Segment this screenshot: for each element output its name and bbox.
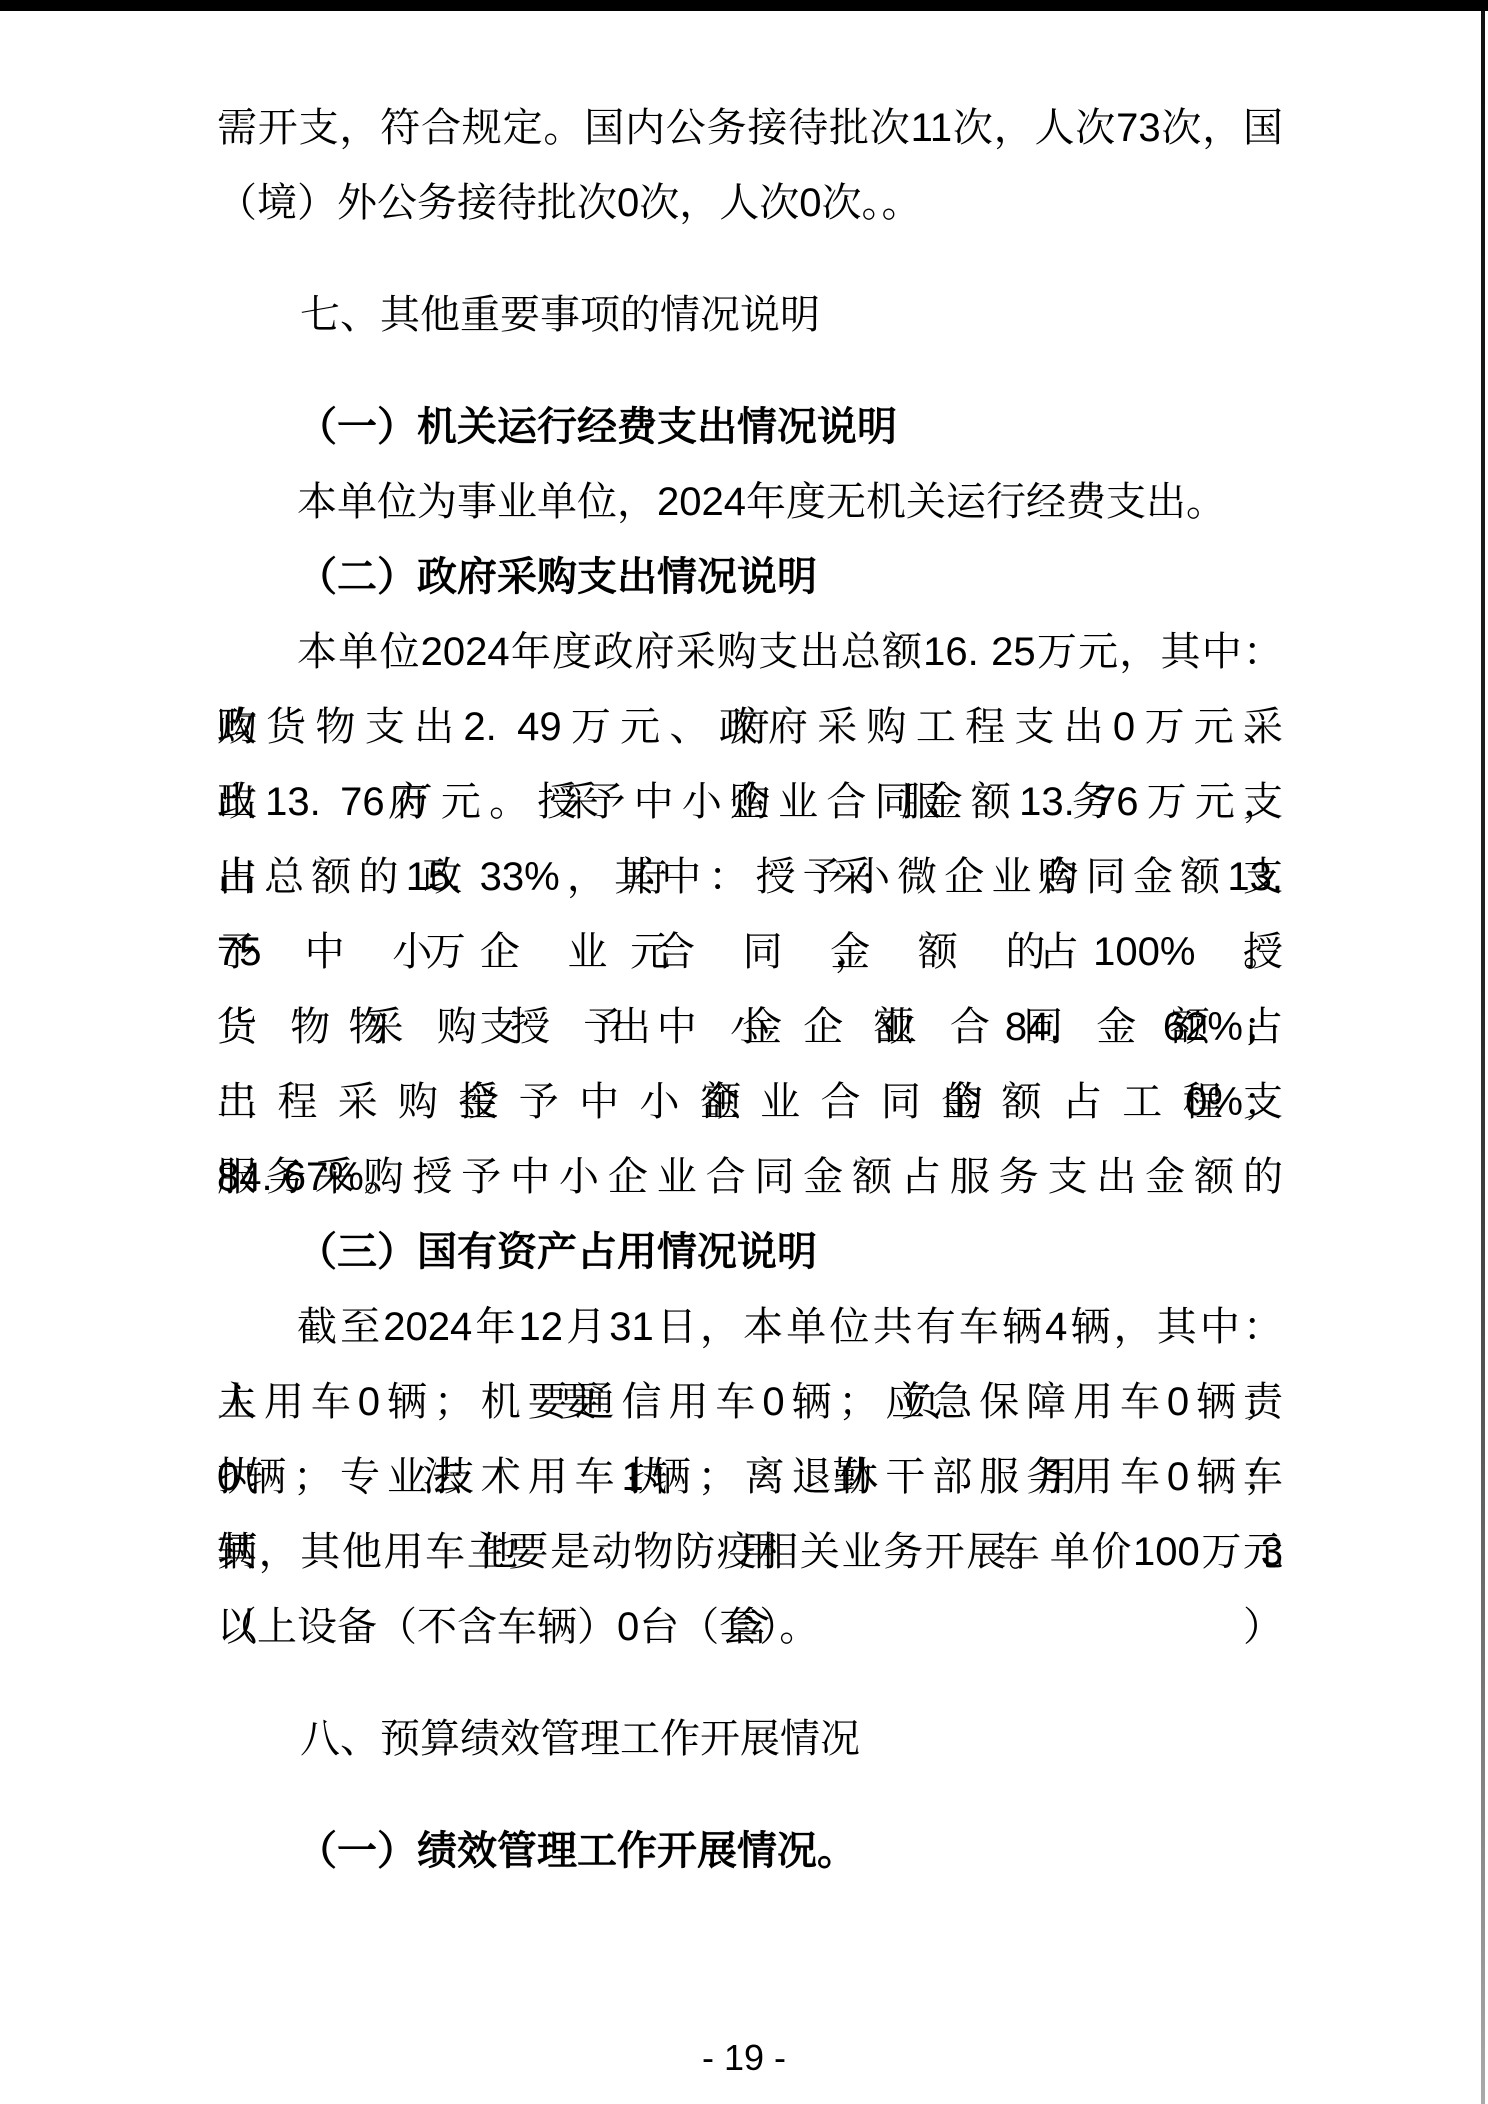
text-line: 出金额的0%；服务采购授予中小企业合同金额占服务支出金额的 bbox=[217, 1065, 1283, 1140]
scan-artifact-top-bar bbox=[0, 0, 1488, 11]
sub-heading: （三）国有资产占用情况说明 bbox=[217, 1215, 1283, 1290]
text-line: 出13. 76万元。授予中小企业合同金额13. 76万元，占政府采购支 bbox=[217, 765, 1283, 840]
text-line: 辆，其他用车主要是动物防疫相关业务开展。单价100万元（含） bbox=[217, 1515, 1283, 1590]
text-line: 出总额的15. 33%，其中：授予小微企业合同金额13. 75万元，占授 bbox=[217, 840, 1283, 915]
document-body: 需开支，符合规定。国内公务接待批次11次，人次73次，国（境）外公务接待批次0次… bbox=[217, 11, 1283, 1889]
text-line: 予中小企业合同金额的100%。货物采购授予中小企业合同金额占 bbox=[217, 915, 1283, 990]
text-line: 本单位为事业单位，2024年度无机关运行经费支出。 bbox=[217, 465, 1283, 540]
page-number: - 19 - bbox=[0, 2038, 1488, 2078]
text-line: 本单位2024年度政府采购支出总额16. 25万元，其中：政府采 bbox=[217, 615, 1283, 690]
text-line: 0辆；专业技术用车1辆；离退休干部服务用车0辆；其他用车3 bbox=[217, 1440, 1283, 1515]
scan-artifact-right-line bbox=[1481, 11, 1485, 2104]
text-line: 截至2024年12月31日，本单位共有车辆4辆，其中：主要负责 bbox=[217, 1290, 1283, 1365]
document-page: 需开支，符合规定。国内公务接待批次11次，人次73次，国（境）外公务接待批次0次… bbox=[0, 0, 1488, 2104]
sub-heading: （二）政府采购支出情况说明 bbox=[217, 540, 1283, 615]
sub-heading: （一）机关运行经费支出情况说明 bbox=[217, 390, 1283, 465]
sub-heading: （一）绩效管理工作开展情况。 bbox=[217, 1814, 1283, 1889]
text-line: 人用车0辆；机要通信用车0辆；应急保障用车0辆；执法执勤用车 bbox=[217, 1365, 1283, 1440]
text-line: 货物支出金额84. 62%；工程采购授予中小企业合同金额占工程支 bbox=[217, 990, 1283, 1065]
section-heading: 七、其他重要事项的情况说明 bbox=[217, 278, 1283, 353]
section-heading: 八、预算绩效管理工作开展情况 bbox=[217, 1702, 1283, 1777]
text-line: 需开支，符合规定。国内公务接待批次11次，人次73次，国 bbox=[217, 91, 1283, 166]
text-line: （境）外公务接待批次0次，人次0次。。 bbox=[217, 166, 1283, 241]
text-line: 购货物支出2. 49万元、政府采购工程支出0万元、政府采购服务支 bbox=[217, 690, 1283, 765]
